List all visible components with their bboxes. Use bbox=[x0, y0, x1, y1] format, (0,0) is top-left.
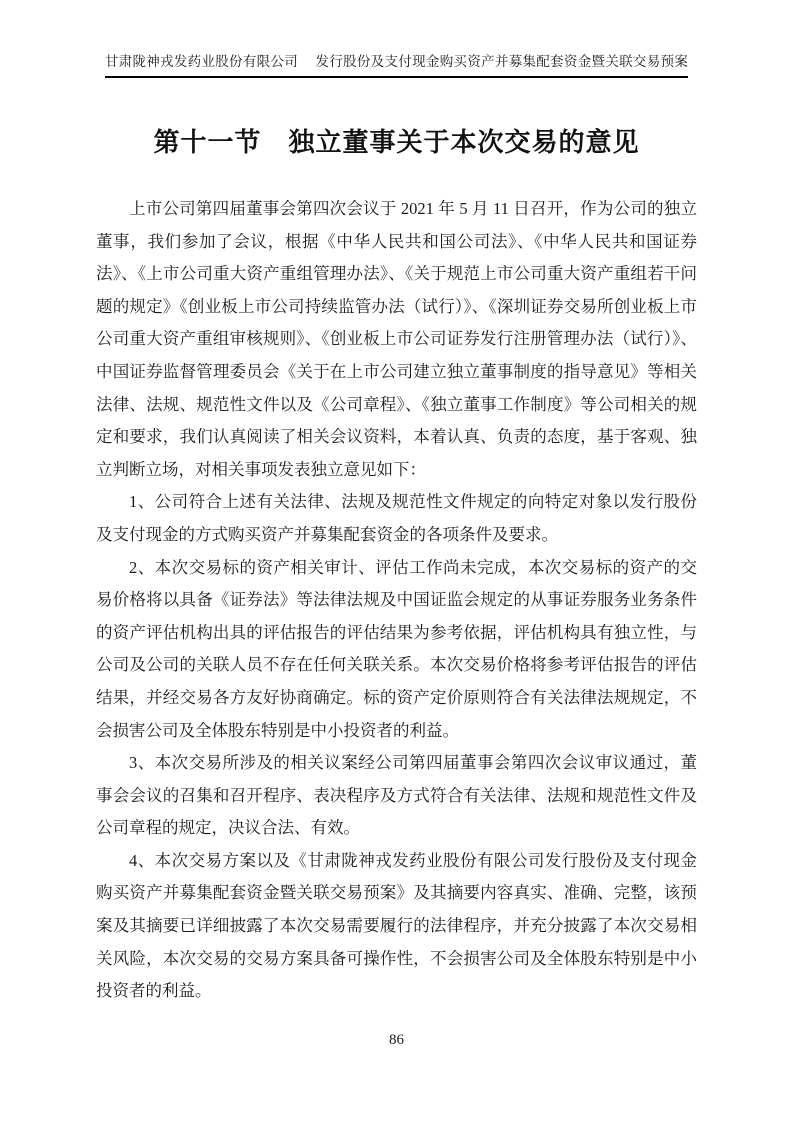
paragraph-opinion-3: 3、本次交易所涉及的相关议案经公司第四届董事会第四次会议审议通过，董事会会议的召… bbox=[96, 747, 697, 845]
paragraph-opinion-4: 4、本次交易方案以及《甘肃陇神戎发药业股份有限公司发行股份及支付现金购买资产并募… bbox=[96, 845, 697, 1008]
paragraph-opinion-2: 2、本次交易标的资产相关审计、评估工作尚未完成，本次交易标的资产的交易价格将以具… bbox=[96, 552, 697, 748]
paragraph-intro: 上市公司第四届董事会第四次会议于 2021 年 5 月 11 日召开，作为公司的… bbox=[96, 193, 697, 486]
document-page: 甘肃陇神戎发药业股份有限公司 发行股份及支付现金购买资产并募集配套资金暨关联交易… bbox=[0, 0, 793, 1122]
header-text: 甘肃陇神戎发药业股份有限公司 发行股份及支付现金购买资产并募集配套资金暨关联交易… bbox=[105, 50, 688, 78]
paragraph-opinion-1: 1、公司符合上述有关法律、法规及规范性文件规定的向特定对象以发行股份及支付现金的… bbox=[96, 486, 697, 551]
section-title: 第十一节 独立董事关于本次交易的意见 bbox=[0, 122, 793, 159]
page-number: 86 bbox=[0, 1032, 793, 1049]
page-header: 甘肃陇神戎发药业股份有限公司 发行股份及支付现金购买资产并募集配套资金暨关联交易… bbox=[0, 50, 793, 78]
document-body: 上市公司第四届董事会第四次会议于 2021 年 5 月 11 日召开，作为公司的… bbox=[96, 193, 697, 1008]
